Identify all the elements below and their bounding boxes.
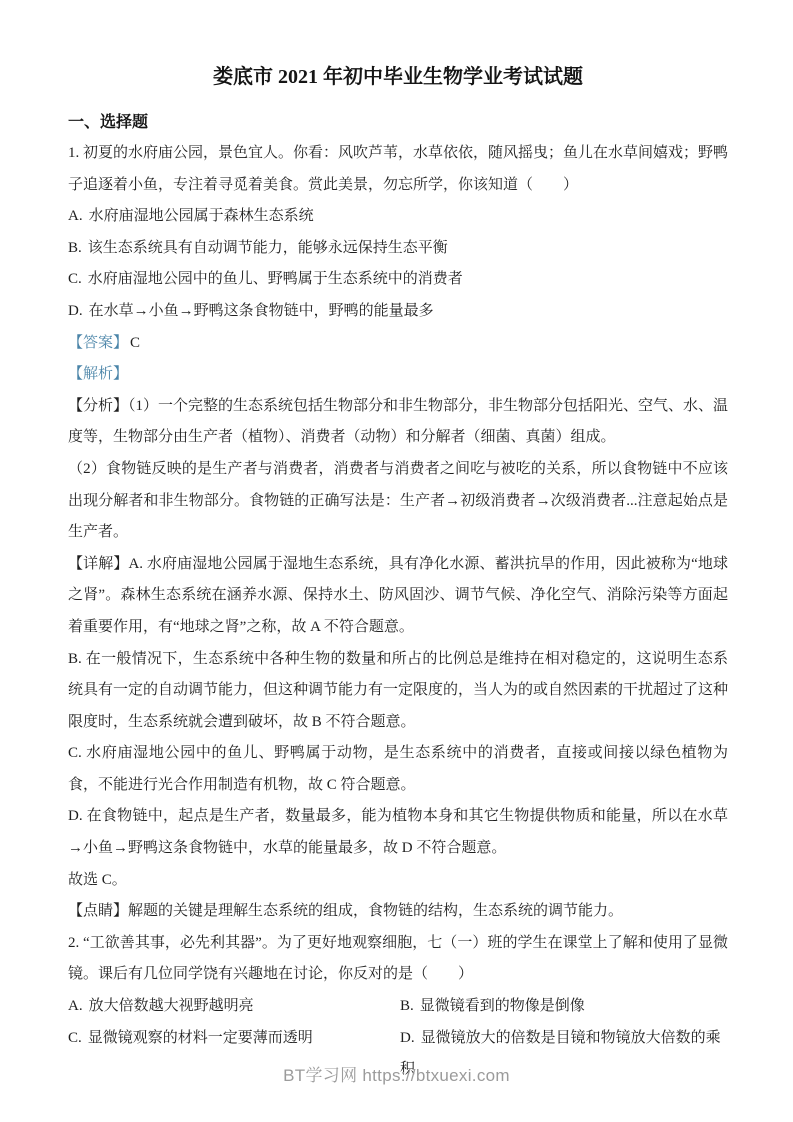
- option-text: 水府庙湿地公园属于森林生态系统: [89, 208, 314, 224]
- explanation-paragraph-detail-a: 【详解】A. 水府庙湿地公园属于湿地生态系统，具有净化水源、蓄洪抗旱的作用，因此…: [68, 549, 728, 644]
- option-label: A.: [68, 998, 83, 1014]
- explanation-paragraph-analysis-1: 【分析】（1）一个完整的生态系统包括生物部分和非生物部分，非生物部分包括阳光、空…: [68, 391, 728, 454]
- question-1-option-a: A.水府庙湿地公园属于森林生态系统: [68, 201, 728, 233]
- option-text: 显微镜看到的物像是倒像: [420, 998, 585, 1014]
- explanation-paragraph-detail-d: D. 在食物链中，起点是生产者，数量最多，能为植物本身和其它生物提供物质和能量，…: [68, 801, 728, 864]
- option-text: 该生态系统具有自动调节能力，能够永远保持生态平衡: [88, 240, 448, 256]
- question-1-option-d: D.在水草→小鱼→野鸭这条食物链中，野鸭的能量最多: [68, 296, 728, 328]
- question-1-option-b: B.该生态系统具有自动调节能力，能够永远保持生态平衡: [68, 233, 728, 265]
- explanation-paragraph-detail-c: C. 水府庙湿地公园中的鱼儿、野鸭属于动物，是生态系统中的消费者，直接或间接以绿…: [68, 738, 728, 801]
- exam-document-page: 娄底市 2021 年初中毕业生物学业考试试题 一、选择题 1. 初夏的水府庙公园…: [0, 0, 793, 1086]
- question-1-stem: 1. 初夏的水府庙公园，景色宜人。你看：风吹芦苇，水草依依，随风摇曳；鱼儿在水草…: [68, 138, 728, 201]
- explanation-paragraph-analysis-2: （2）食物链反映的是生产者与消费者，消费者与消费者之间吃与被吃的关系，所以食物链…: [68, 454, 728, 549]
- explanation-key-point: 【点睛】解题的关键是理解生态系统的组成，食物链的结构，生态系统的调节能力。: [68, 896, 728, 928]
- option-text: 放大倍数越大视野越明亮: [89, 998, 254, 1014]
- question-2-option-a: A.放大倍数越大视野越明亮: [68, 991, 400, 1023]
- explanation-conclusion: 故选 C。: [68, 865, 728, 897]
- option-label: C.: [68, 271, 82, 287]
- option-label: C.: [68, 1030, 82, 1046]
- option-text: 水府庙湿地公园中的鱼儿、野鸭属于生态系统中的消费者: [88, 271, 463, 287]
- option-label: D.: [400, 1030, 415, 1046]
- watermark-text: BT学习网 https://btxuexi.com: [0, 1064, 793, 1088]
- answer-line: 【答案】C: [68, 328, 728, 360]
- option-label: D.: [68, 303, 83, 319]
- section-heading: 一、选择题: [68, 108, 728, 138]
- question-1-option-c: C.水府庙湿地公园中的鱼儿、野鸭属于生态系统中的消费者: [68, 264, 728, 296]
- question-2-stem: 2. “工欲善其事，必先利其器”。为了更好地观察细胞，七（一）班的学生在课堂上了…: [68, 928, 728, 991]
- explanation-paragraph-detail-b: B. 在一般情况下，生态系统中各种生物的数量和所占的比例总是维持在相对稳定的，这…: [68, 644, 728, 739]
- option-label: B.: [400, 998, 414, 1014]
- page-title: 娄底市 2021 年初中毕业生物学业考试试题: [68, 62, 728, 92]
- option-label: B.: [68, 240, 82, 256]
- option-text: 在水草→小鱼→野鸭这条食物链中，野鸭的能量最多: [89, 303, 434, 319]
- answer-value: C: [130, 335, 140, 351]
- answer-label: 【答案】: [68, 335, 128, 351]
- analysis-heading: 【解析】: [68, 359, 728, 391]
- option-text: 显微镜观察的材料一定要薄而透明: [88, 1030, 313, 1046]
- question-2-option-b: B.显微镜看到的物像是倒像: [400, 991, 728, 1023]
- option-label: A.: [68, 208, 83, 224]
